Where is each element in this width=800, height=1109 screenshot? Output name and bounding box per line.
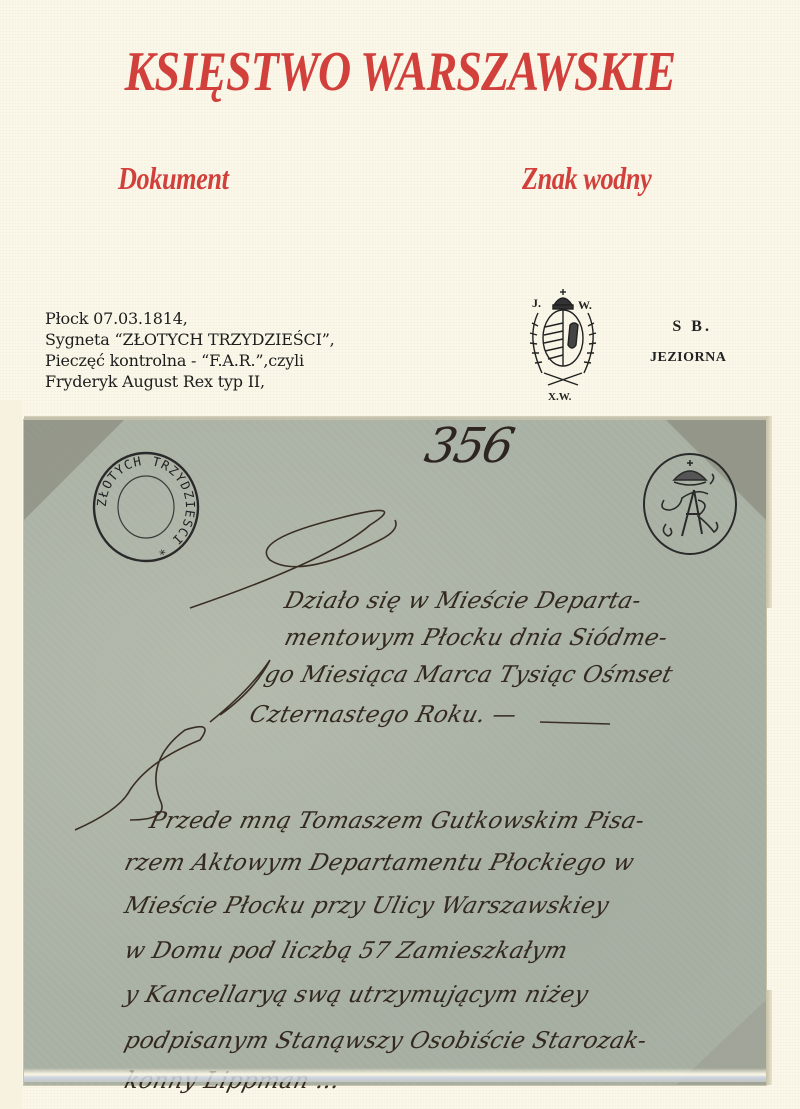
page-title: KSIĘSTWO WARSZAWSKIE xyxy=(72,44,728,100)
watermark-mill-mark: S B. JEZIORNA xyxy=(650,318,726,366)
handwritten-line: mentowym Płocku dnia Siódme- xyxy=(282,625,671,651)
document-description: Płock 07.03.1814, Sygneta “ZŁOTYCH TRZYD… xyxy=(45,308,335,392)
description-line: Fryderyk August Rex typ II, xyxy=(45,371,335,392)
handwritten-line: go Miesiąca Marca Tysiąc Ośmset xyxy=(262,662,676,688)
mill-initials: S B. xyxy=(658,318,726,336)
document-number: 356 xyxy=(420,418,518,474)
far-monogram-seal xyxy=(640,450,740,558)
svg-text:J.: J. xyxy=(532,296,541,310)
sleeve-glare xyxy=(24,1068,766,1082)
mount-edge xyxy=(766,416,772,608)
handwritten-line: y Kancellaryą swą utrzymującym niżey xyxy=(122,982,591,1008)
revenue-stamp-seal: ZŁOTYCH TRZYDZIESCI * xyxy=(86,448,206,566)
svg-text:W.: W. xyxy=(578,298,592,312)
svg-text:X.W.: X.W. xyxy=(548,391,572,403)
handwritten-line: podpisanym Stanąwszy Osobiście Starozak- xyxy=(122,1028,650,1054)
handwritten-line: w Domu pod liczbą 57 Zamieszkałym xyxy=(122,938,571,964)
album-margin xyxy=(0,400,22,1109)
mount-edge xyxy=(766,990,772,1085)
subtitle-watermark: Znak wodny xyxy=(522,162,651,194)
coat-of-arms-icon: J. W. X.W. xyxy=(518,283,608,403)
subtitle-document: Dokument xyxy=(118,162,228,194)
description-line: Pieczęć kontrolna - “F.A.R.”,czyli xyxy=(45,350,335,371)
mill-name: JEZIORNA xyxy=(650,350,726,366)
description-line: Sygneta “ZŁOTYCH TRZYDZIEŚCI”, xyxy=(45,329,335,350)
handwritten-line: Czternastego Roku. — xyxy=(247,702,520,728)
handwritten-line: rzem Aktowym Departamentu Płockiego w xyxy=(122,850,637,876)
handwritten-line: Działo się w Mieście Departa- xyxy=(282,588,644,614)
description-line: Płock 07.03.1814, xyxy=(45,308,335,329)
handwritten-line: Mieście Płocku przy Ulicy Warszawskiey xyxy=(122,893,612,919)
handwritten-line: Przede mną Tomaszem Gutkowskim Pisa- xyxy=(147,808,648,834)
